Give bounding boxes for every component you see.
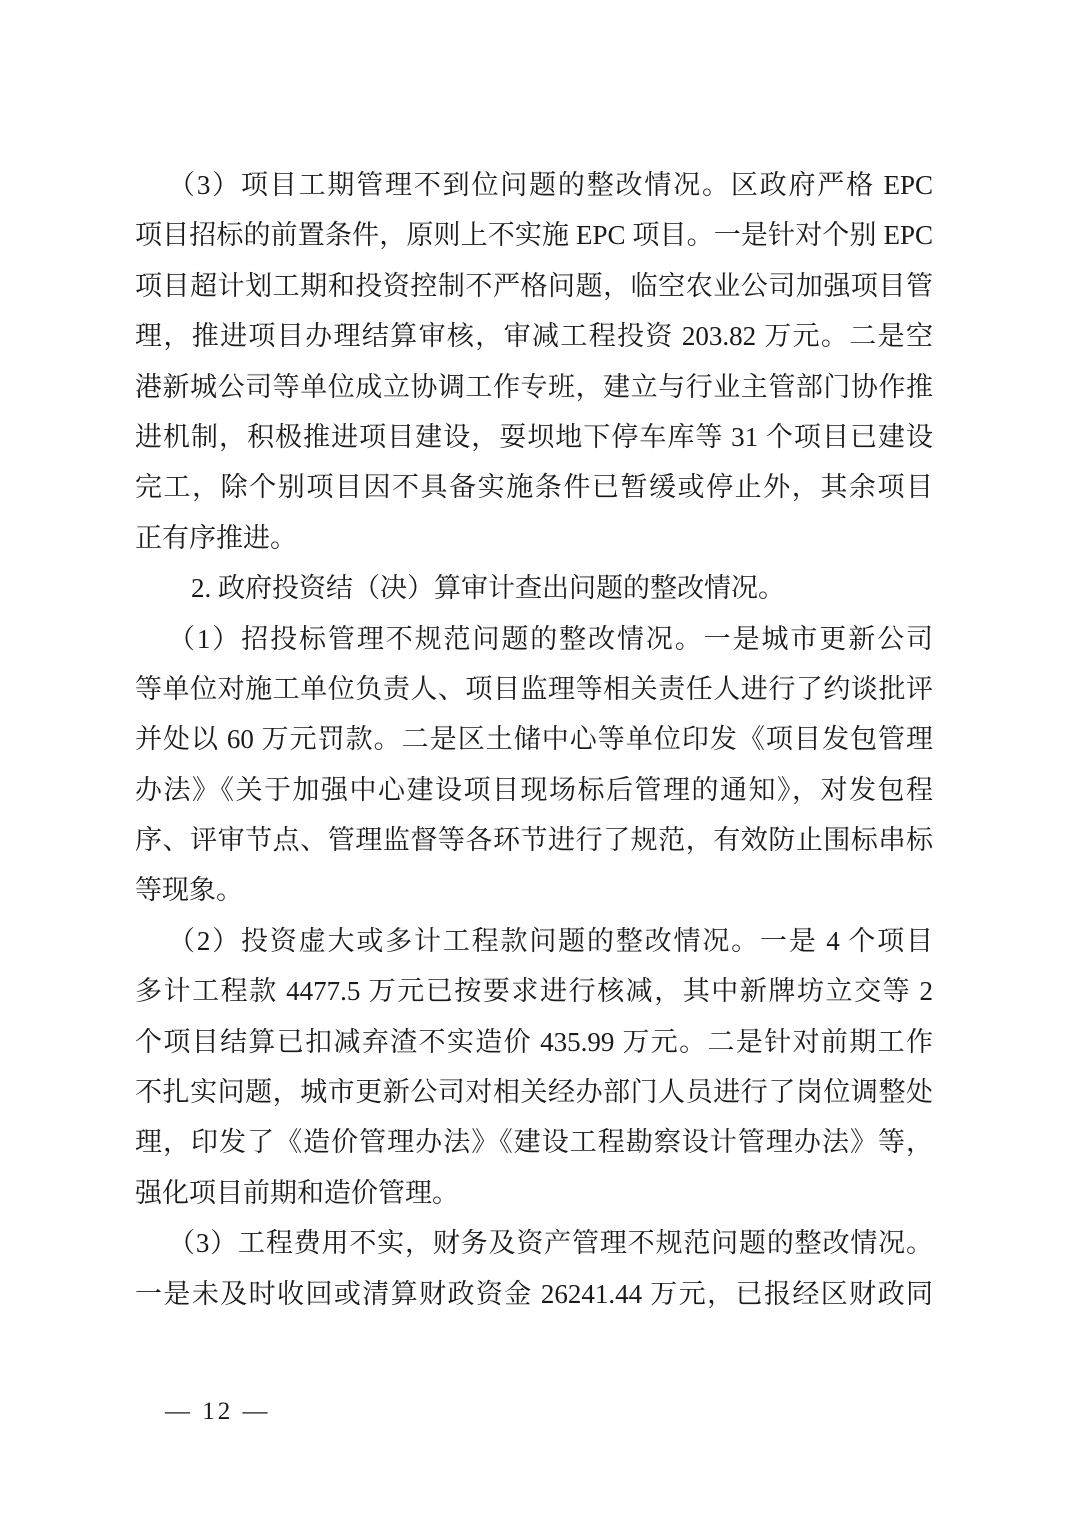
text-line: （2）投资虚大或多计工程款问题的整改情况。一是 4 个项目 <box>135 916 933 966</box>
text-line: 办法》《关于加强中心建设项目现场标后管理的通知》，对发包程 <box>135 765 933 815</box>
document-body: （3）项目工期管理不到位问题的整改情况。区政府严格 EPC项目招标的前置条件，原… <box>135 160 933 1319</box>
text-line: 强化项目前期和造价管理。 <box>135 1168 933 1218</box>
text-line: 2. 政府投资结（决）算审计查出问题的整改情况。 <box>135 563 933 613</box>
page-number: — 12 — <box>165 1398 271 1425</box>
page-footer: — 12 — <box>165 1387 271 1437</box>
text-line: 并处以 60 万元罚款。二是区土储中心等单位印发《项目发包管理 <box>135 714 933 764</box>
text-line: 序、评审节点、管理监督等各环节进行了规范，有效防止围标串标 <box>135 815 933 865</box>
text-line: （3）工程费用不实，财务及资产管理不规范问题的整改情况。 <box>135 1218 933 1268</box>
text-line: 进机制，积极推进项目建设，耍坝地下停车库等 31 个项目已建设 <box>135 412 933 462</box>
text-line: 港新城公司等单位成立协调工作专班，建立与行业主管部门协作推 <box>135 362 933 412</box>
paragraph: （3）工程费用不实，财务及资产管理不规范问题的整改情况。一是未及时收回或清算财政… <box>135 1218 933 1319</box>
text-line: 项目招标的前置条件，原则上不实施 EPC 项目。一是针对个别 EPC <box>135 210 933 260</box>
text-line: 项目超计划工期和投资控制不严格问题，临空农业公司加强项目管 <box>135 261 933 311</box>
text-line: 等现象。 <box>135 865 933 915</box>
text-line: 个项目结算已扣减弃渣不实造价 435.99 万元。二是针对前期工作 <box>135 1017 933 1067</box>
text-line: 正有序推进。 <box>135 513 933 563</box>
text-line: 等单位对施工单位负责人、项目监理等相关责任人进行了约谈批评 <box>135 664 933 714</box>
paragraph: （1）招投标管理不规范问题的整改情况。一是城市更新公司等单位对施工单位负责人、项… <box>135 614 933 916</box>
paragraph: 2. 政府投资结（决）算审计查出问题的整改情况。 <box>135 563 933 613</box>
paragraph: （3）项目工期管理不到位问题的整改情况。区政府严格 EPC项目招标的前置条件，原… <box>135 160 933 563</box>
text-line: （3）项目工期管理不到位问题的整改情况。区政府严格 EPC <box>135 160 933 210</box>
text-line: 多计工程款 4477.5 万元已按要求进行核减，其中新牌坊立交等 2 <box>135 966 933 1016</box>
text-line: 一是未及时收回或清算财政资金 26241.44 万元，已报经区财政同 <box>135 1269 933 1319</box>
paragraph: （2）投资虚大或多计工程款问题的整改情况。一是 4 个项目多计工程款 4477.… <box>135 916 933 1218</box>
document-page: （3）项目工期管理不到位问题的整改情况。区政府严格 EPC项目招标的前置条件，原… <box>0 0 1074 1520</box>
text-line: 理，推进项目办理结算审核，审减工程投资 203.82 万元。二是空 <box>135 311 933 361</box>
text-line: 理，印发了《造价管理办法》《建设工程勘察设计管理办法》等， <box>135 1117 933 1167</box>
text-line: （1）招投标管理不规范问题的整改情况。一是城市更新公司 <box>135 614 933 664</box>
text-line: 不扎实问题，城市更新公司对相关经办部门人员进行了岗位调整处 <box>135 1067 933 1117</box>
text-line: 完工，除个别项目因不具备实施条件已暂缓或停止外，其余项目 <box>135 462 933 512</box>
